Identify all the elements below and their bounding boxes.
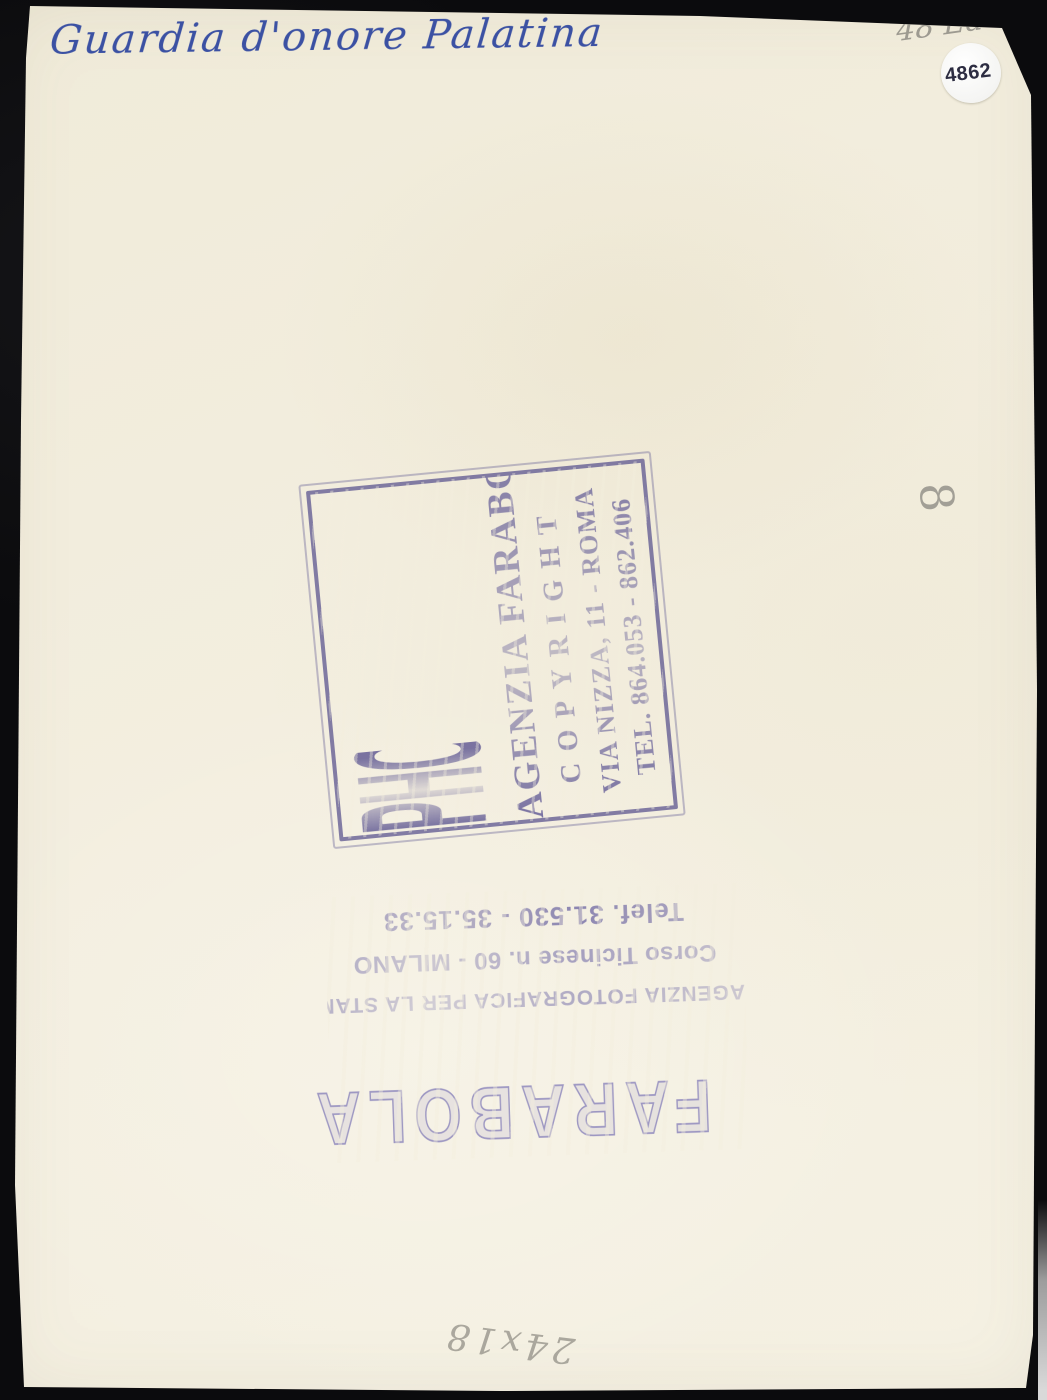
stamp-phone-line: Telef. 31.530 - 35.15.33	[324, 894, 743, 940]
stamp-address-line: Corso Ticinese n. 60 - MILANO	[325, 937, 744, 980]
stamp-tagline-line: AGENZIA FOTOGRAFICA PER LA STAMPA	[327, 979, 746, 1018]
photo-back-paper: Guardia d'onore Palatina 48 Ea 4862 PHOT…	[0, 0, 1047, 1400]
pencil-mark-eight: 8	[908, 480, 965, 515]
sticker-number: 4862	[944, 59, 993, 87]
stamp-agency-name: FARABOLA	[368, 1068, 713, 1154]
scanner-edge-sliver	[1038, 1200, 1047, 1400]
farabola-roma-stamp: PHOTOGRAPHIA AGENZIA FARABOLA COPYRIGHT …	[306, 459, 678, 842]
handwritten-caption: Guardia d'onore Palatina	[48, 10, 606, 64]
farabola-roma-stamp-text: PHOTOGRAPHIA AGENZIA FARABOLA COPYRIGHT …	[310, 463, 673, 837]
number-sticker: 4862	[938, 40, 1003, 105]
farabola-milano-stamp: FARABOLA AGENZIA FOTOGRAFICA PER LA STAM…	[323, 883, 750, 1163]
scan-background: Guardia d'onore Palatina 48 Ea 4862 PHOT…	[0, 0, 1047, 1400]
pencil-format-note: 24x18	[441, 1314, 577, 1371]
stamp-big-word: PHOTOGRAPHIA	[337, 739, 506, 837]
